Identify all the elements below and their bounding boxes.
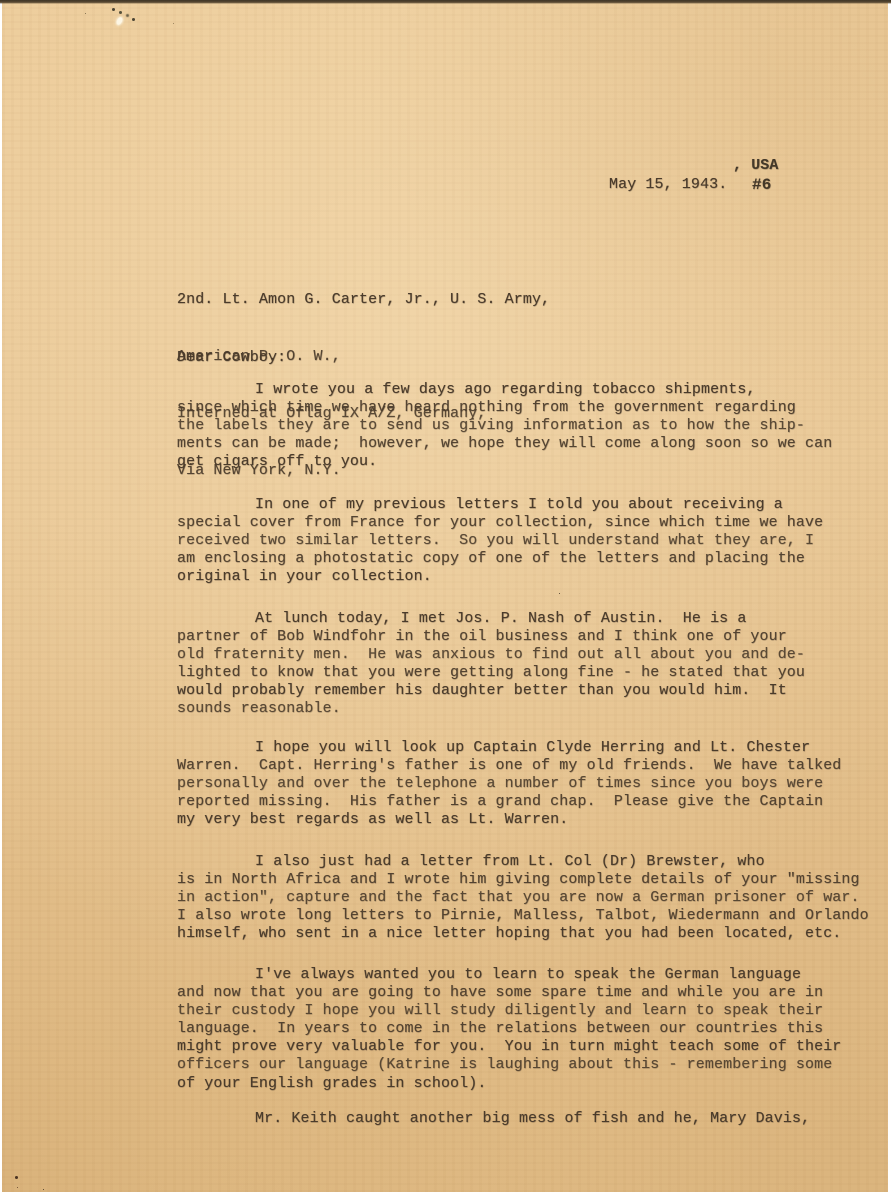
paragraph-line: am enclosing a photostatic copy of one o… — [177, 550, 889, 568]
paragraph-line: might prove very valuable for you. You i… — [177, 1038, 889, 1056]
paragraph-line: the labels they are to send us giving in… — [177, 417, 889, 435]
paragraph: I hope you will look up Captain Clyde He… — [177, 739, 889, 829]
paragraph-line: Warren. Capt. Herring's father is one of… — [177, 757, 889, 775]
paragraph: In one of my previous letters I told you… — [177, 496, 889, 586]
paragraph-line: In one of my previous letters I told you… — [177, 496, 889, 514]
paragraph-line: in action", capture and the fact that yo… — [177, 889, 889, 907]
paragraph-line: lighted to know that you were getting al… — [177, 664, 889, 682]
paragraph-line: I also wrote long letters to Pirnie, Mal… — [177, 907, 889, 925]
paragraph-line: I hope you will look up Captain Clyde He… — [177, 739, 889, 757]
scanned-letter-page: May 15, 1943. , USA #6 2nd. Lt. Amon G. … — [0, 0, 891, 1200]
paragraph-line: since which time we have heard nothing f… — [177, 399, 889, 417]
paragraph-line: special cover from France for your colle… — [177, 514, 889, 532]
paragraph-line: ments can be made; however, we hope they… — [177, 435, 889, 453]
date-line: May 15, 1943. — [609, 176, 727, 194]
paragraph-line: and now that you are going to have some … — [177, 984, 889, 1002]
continuation-line: Mr. Keith caught another big mess of fis… — [177, 1110, 810, 1128]
paragraph-line: personally and over the telephone a numb… — [177, 775, 889, 793]
paragraph-line: get cigars off to you. — [177, 453, 889, 471]
paragraph-line: I also just had a letter from Lt. Col (D… — [177, 853, 889, 871]
paragraph-line: language. In years to come in the relati… — [177, 1020, 889, 1038]
number-annotation: #6 — [752, 176, 771, 194]
paragraph-line: himself, who sent in a nice letter hopin… — [177, 925, 889, 943]
paragraph: I've always wanted you to learn to speak… — [177, 966, 889, 1093]
usa-annotation: , USA — [733, 157, 779, 174]
salutation: Dear Cowboy: — [177, 349, 286, 367]
paragraph-line: of your English grades in school). — [177, 1075, 889, 1093]
paragraph-line: original in your collection. — [177, 568, 889, 586]
paragraph: At lunch today, I met Jos. P. Nash of Au… — [177, 610, 889, 719]
letter-content: May 15, 1943. , USA #6 2nd. Lt. Amon G. … — [0, 0, 891, 1200]
paragraph-line: I wrote you a few days ago regarding tob… — [177, 381, 889, 399]
paragraph-line: old fraternity men. He was anxious to fi… — [177, 646, 889, 664]
paragraph-line: sounds reasonable. — [177, 700, 889, 718]
paragraph-line: reported missing. His father is a grand … — [177, 793, 889, 811]
paragraph-line: I've always wanted you to learn to speak… — [177, 966, 889, 984]
paragraph-line: officers our language (Katrine is laughi… — [177, 1056, 889, 1074]
paragraph-line: is in North Africa and I wrote him givin… — [177, 871, 889, 889]
paragraph-line: their custody I hope you will study dili… — [177, 1002, 889, 1020]
paragraph-line: my very best regards as well as Lt. Warr… — [177, 811, 889, 829]
paragraph-line: At lunch today, I met Jos. P. Nash of Au… — [177, 610, 889, 628]
paragraph-line: received two similar letters. So you wil… — [177, 532, 889, 550]
paragraph: I wrote you a few days ago regarding tob… — [177, 381, 889, 471]
paragraph: I also just had a letter from Lt. Col (D… — [177, 853, 889, 943]
address-line: 2nd. Lt. Amon G. Carter, Jr., U. S. Army… — [177, 290, 550, 309]
paragraph-line: partner of Bob Windfohr in the oil busin… — [177, 628, 889, 646]
paragraph-line: would probably remember his daughter bet… — [177, 682, 889, 700]
